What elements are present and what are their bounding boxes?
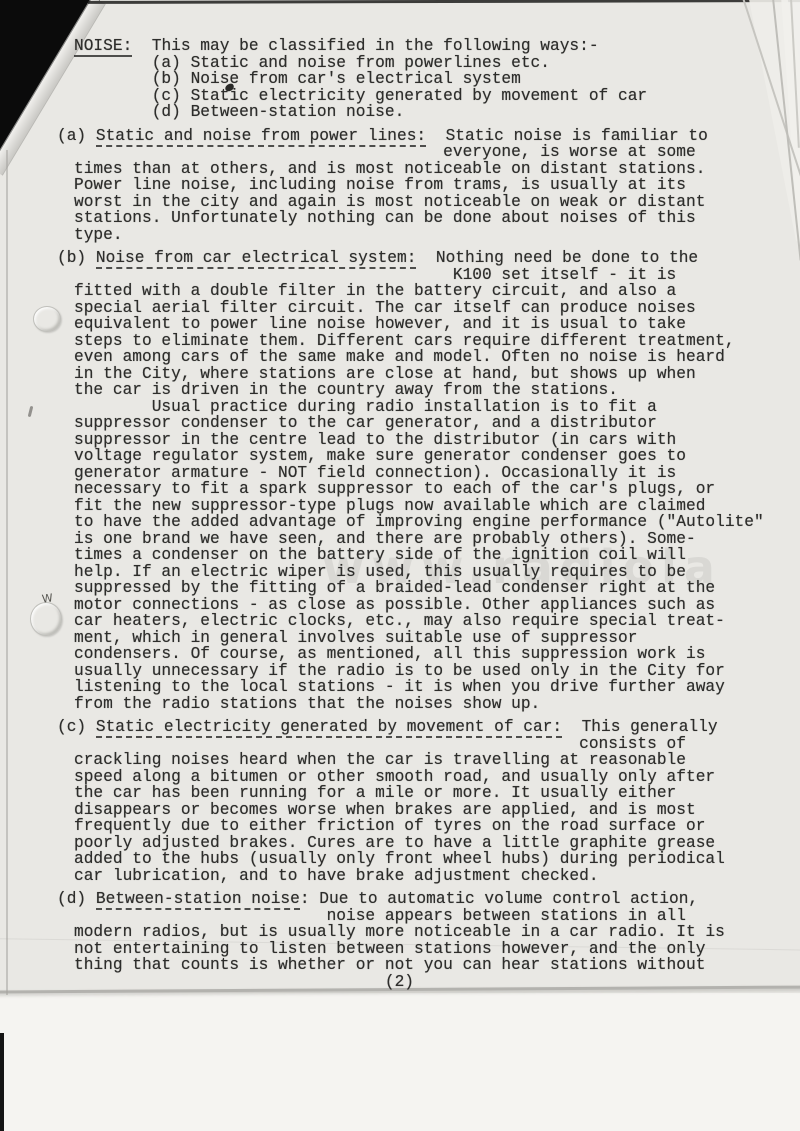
text-line: motor connections - as close as possible… <box>74 597 800 614</box>
text-segment: to have the added advantage of improving… <box>74 513 764 531</box>
text-line: added to the hubs (usually only front wh… <box>74 851 800 868</box>
text-segment: Usual practice during radio installation… <box>74 398 657 416</box>
text-segment: car lubrication, and to have brake adjus… <box>74 867 599 885</box>
text-line: suppressor in the centre lead to the dis… <box>74 432 800 449</box>
text-segment: (c) Static electricity generated by move… <box>74 87 647 105</box>
text-segment: equivalent to power line noise however, … <box>74 315 686 333</box>
text-segment: help. If an electric wiper is used, this… <box>74 563 686 581</box>
text-segment: thing that counts is whether or not you … <box>74 956 705 974</box>
text-line: condensers. Of course, as mentioned, all… <box>74 646 800 663</box>
text-line: (2) <box>74 974 800 991</box>
text-line: the car has been running for a mile or m… <box>74 785 800 802</box>
text-segment: This may be classified in the following … <box>132 37 598 55</box>
text-line: K100 set itself - it is <box>74 267 800 284</box>
scan-edge-strip <box>0 1033 4 1131</box>
text-line: car heaters, electric clocks, etc., may … <box>74 613 800 630</box>
text-segment: the car has been running for a mile or m… <box>74 784 676 802</box>
text-segment: necessary to fit a spark suppressor to e… <box>74 480 715 498</box>
text-segment: suppressor in the centre lead to the dis… <box>74 431 676 449</box>
text-line: speed along a bitumen or other smooth ro… <box>74 769 800 786</box>
text-segment: added to the hubs (usually only front wh… <box>74 850 725 868</box>
text-segment: stations. Unfortunately nothing can be d… <box>74 209 696 227</box>
text-line: listening to the local stations - it is … <box>74 679 800 696</box>
text-segment: listening to the local stations - it is … <box>74 678 725 696</box>
text-line: Power line noise, including noise from t… <box>74 177 800 194</box>
text-line: (a) Static and noise from powerlines etc… <box>74 55 800 72</box>
heading-line: (c) Static electricity generated by move… <box>57 719 800 736</box>
text-segment: noise appears between stations in all <box>74 907 686 925</box>
text-line: noise appears between stations in all <box>74 908 800 925</box>
text-segment: (a) <box>57 127 96 145</box>
text-line: suppressor condenser to the car generato… <box>74 415 800 432</box>
text-segment: : Due to automatic volume control action… <box>300 890 698 908</box>
text-line: steps to eliminate them. Different cars … <box>74 333 800 350</box>
text-segment: poorly adjusted brakes. Cures are to hav… <box>74 834 715 852</box>
text-line: suppressed by the fitting of a braided-l… <box>74 580 800 597</box>
text-line: consists of <box>74 736 800 753</box>
text-line: Usual practice during radio installation… <box>74 399 800 416</box>
text-line: everyone, is worse at some <box>74 144 800 161</box>
text-line: thing that counts is whether or not you … <box>74 957 800 974</box>
text-line: even among cars of the same make and mod… <box>74 349 800 366</box>
text-line: fitted with a double filter in the batte… <box>74 283 800 300</box>
text-line: voltage regulator system, make sure gene… <box>74 448 800 465</box>
text-line: car lubrication, and to have brake adjus… <box>74 868 800 885</box>
text-segment: in the City, where stations are close at… <box>74 365 696 383</box>
text-line: is one brand we have seen, and there are… <box>74 531 800 548</box>
text-line: special aerial filter circuit. The car i… <box>74 300 800 317</box>
heading-line: (b) Noise from car electrical system: No… <box>57 250 800 267</box>
scanned-page: W www.radiola NOISE: This may be classif… <box>0 0 800 1131</box>
text-segment: Nothing need be done to the <box>416 249 698 267</box>
text-line: worst in the city and again is most noti… <box>74 194 800 211</box>
text-segment: condensers. Of course, as mentioned, all… <box>74 645 705 663</box>
text-segment: fit the new suppressor-type plugs now av… <box>74 497 705 515</box>
text-line: (c) Static electricity generated by move… <box>74 88 800 105</box>
text-segment: (a) Static and noise from powerlines etc… <box>74 54 550 72</box>
text-line: necessary to fit a spark suppressor to e… <box>74 481 800 498</box>
text-segment: from the radio stations that the noises … <box>74 695 540 713</box>
text-segment: type. <box>74 226 123 244</box>
text-segment: even among cars of the same make and mod… <box>74 348 725 366</box>
text-segment: (d) Between-station noise. <box>74 103 404 121</box>
text-segment: not entertaining to listen between stati… <box>74 940 705 958</box>
text-segment: times a condenser on the battery side of… <box>74 546 686 564</box>
text-segment: the car is driven in the country away fr… <box>74 381 618 399</box>
text-segment: worst in the city and again is most noti… <box>74 193 705 211</box>
text-segment: speed along a bitumen or other smooth ro… <box>74 768 715 786</box>
text-segment: modern radios, but is usually more notic… <box>74 923 725 941</box>
text-segment: ment, which in general involves suitable… <box>74 629 637 647</box>
text-line: help. If an electric wiper is used, this… <box>74 564 800 581</box>
heading-line: (a) Static and noise from power lines: S… <box>57 128 800 145</box>
text-segment: motor connections - as close as possible… <box>74 596 715 614</box>
text-segment: suppressed by the fitting of a braided-l… <box>74 579 715 597</box>
text-segment: (c) <box>57 718 96 736</box>
text-line: not entertaining to listen between stati… <box>74 941 800 958</box>
text-segment: (b) Noise from car's electrical system <box>74 70 521 88</box>
text-line: stations. Unfortunately nothing can be d… <box>74 210 800 227</box>
text-segment: Power line noise, including noise from t… <box>74 176 686 194</box>
text-segment: is one brand we have seen, and there are… <box>74 530 696 548</box>
text-line: times than at others, and is most notice… <box>74 161 800 178</box>
text-line: (d) Between-station noise. <box>74 104 800 121</box>
text-segment: suppressor condenser to the car generato… <box>74 414 657 432</box>
text-line: usually unnecessary if the radio is to b… <box>74 663 800 680</box>
text-line: (b) Noise from car's electrical system <box>74 71 800 88</box>
text-segment: usually unnecessary if the radio is to b… <box>74 662 725 680</box>
text-segment: This generally <box>562 718 717 736</box>
text-line: the car is driven in the country away fr… <box>74 382 800 399</box>
document-text: NOISE: This may be classified in the fol… <box>0 38 800 990</box>
text-segment: disappears or becomes worse when brakes … <box>74 801 696 819</box>
text-line: generator armature - NOT field connectio… <box>74 465 800 482</box>
text-segment: car heaters, electric clocks, etc., may … <box>74 612 725 630</box>
text-segment: K100 set itself - it is <box>74 266 676 284</box>
text-segment: steps to eliminate them. Different cars … <box>74 332 735 350</box>
text-segment: fitted with a double filter in the batte… <box>74 282 676 300</box>
text-line: disappears or becomes worse when brakes … <box>74 802 800 819</box>
text-segment: crackling noises heard when the car is t… <box>74 751 686 769</box>
text-segment: special aerial filter circuit. The car i… <box>74 299 696 317</box>
text-segment: (2) <box>74 973 414 991</box>
text-segment: (b) <box>57 249 96 267</box>
text-line: NOISE: This may be classified in the fol… <box>74 38 800 55</box>
text-line: frequently due to either friction of tyr… <box>74 818 800 835</box>
text-line: crackling noises heard when the car is t… <box>74 752 800 769</box>
text-line: in the City, where stations are close at… <box>74 366 800 383</box>
heading-line: (d) Between-station noise: Due to automa… <box>57 891 800 908</box>
text-segment: frequently due to either friction of tyr… <box>74 817 705 835</box>
text-line: ment, which in general involves suitable… <box>74 630 800 647</box>
text-segment: everyone, is worse at some <box>74 143 696 161</box>
text-line: from the radio stations that the noises … <box>74 696 800 713</box>
text-segment: times than at others, and is most notice… <box>74 160 705 178</box>
text-segment: generator armature - NOT field connectio… <box>74 464 676 482</box>
text-line: poorly adjusted brakes. Cures are to hav… <box>74 835 800 852</box>
text-segment: Static noise is familiar to <box>426 127 708 145</box>
scanner-background <box>0 993 800 1131</box>
text-line: type. <box>74 227 800 244</box>
text-segment: (d) <box>57 890 96 908</box>
text-segment: consists of <box>74 735 686 753</box>
text-line: times a condenser on the battery side of… <box>74 547 800 564</box>
text-line: modern radios, but is usually more notic… <box>74 924 800 941</box>
text-line: fit the new suppressor-type plugs now av… <box>74 498 800 515</box>
text-line: to have the added advantage of improving… <box>74 514 800 531</box>
text-segment: voltage regulator system, make sure gene… <box>74 447 686 465</box>
text-line: equivalent to power line noise however, … <box>74 316 800 333</box>
